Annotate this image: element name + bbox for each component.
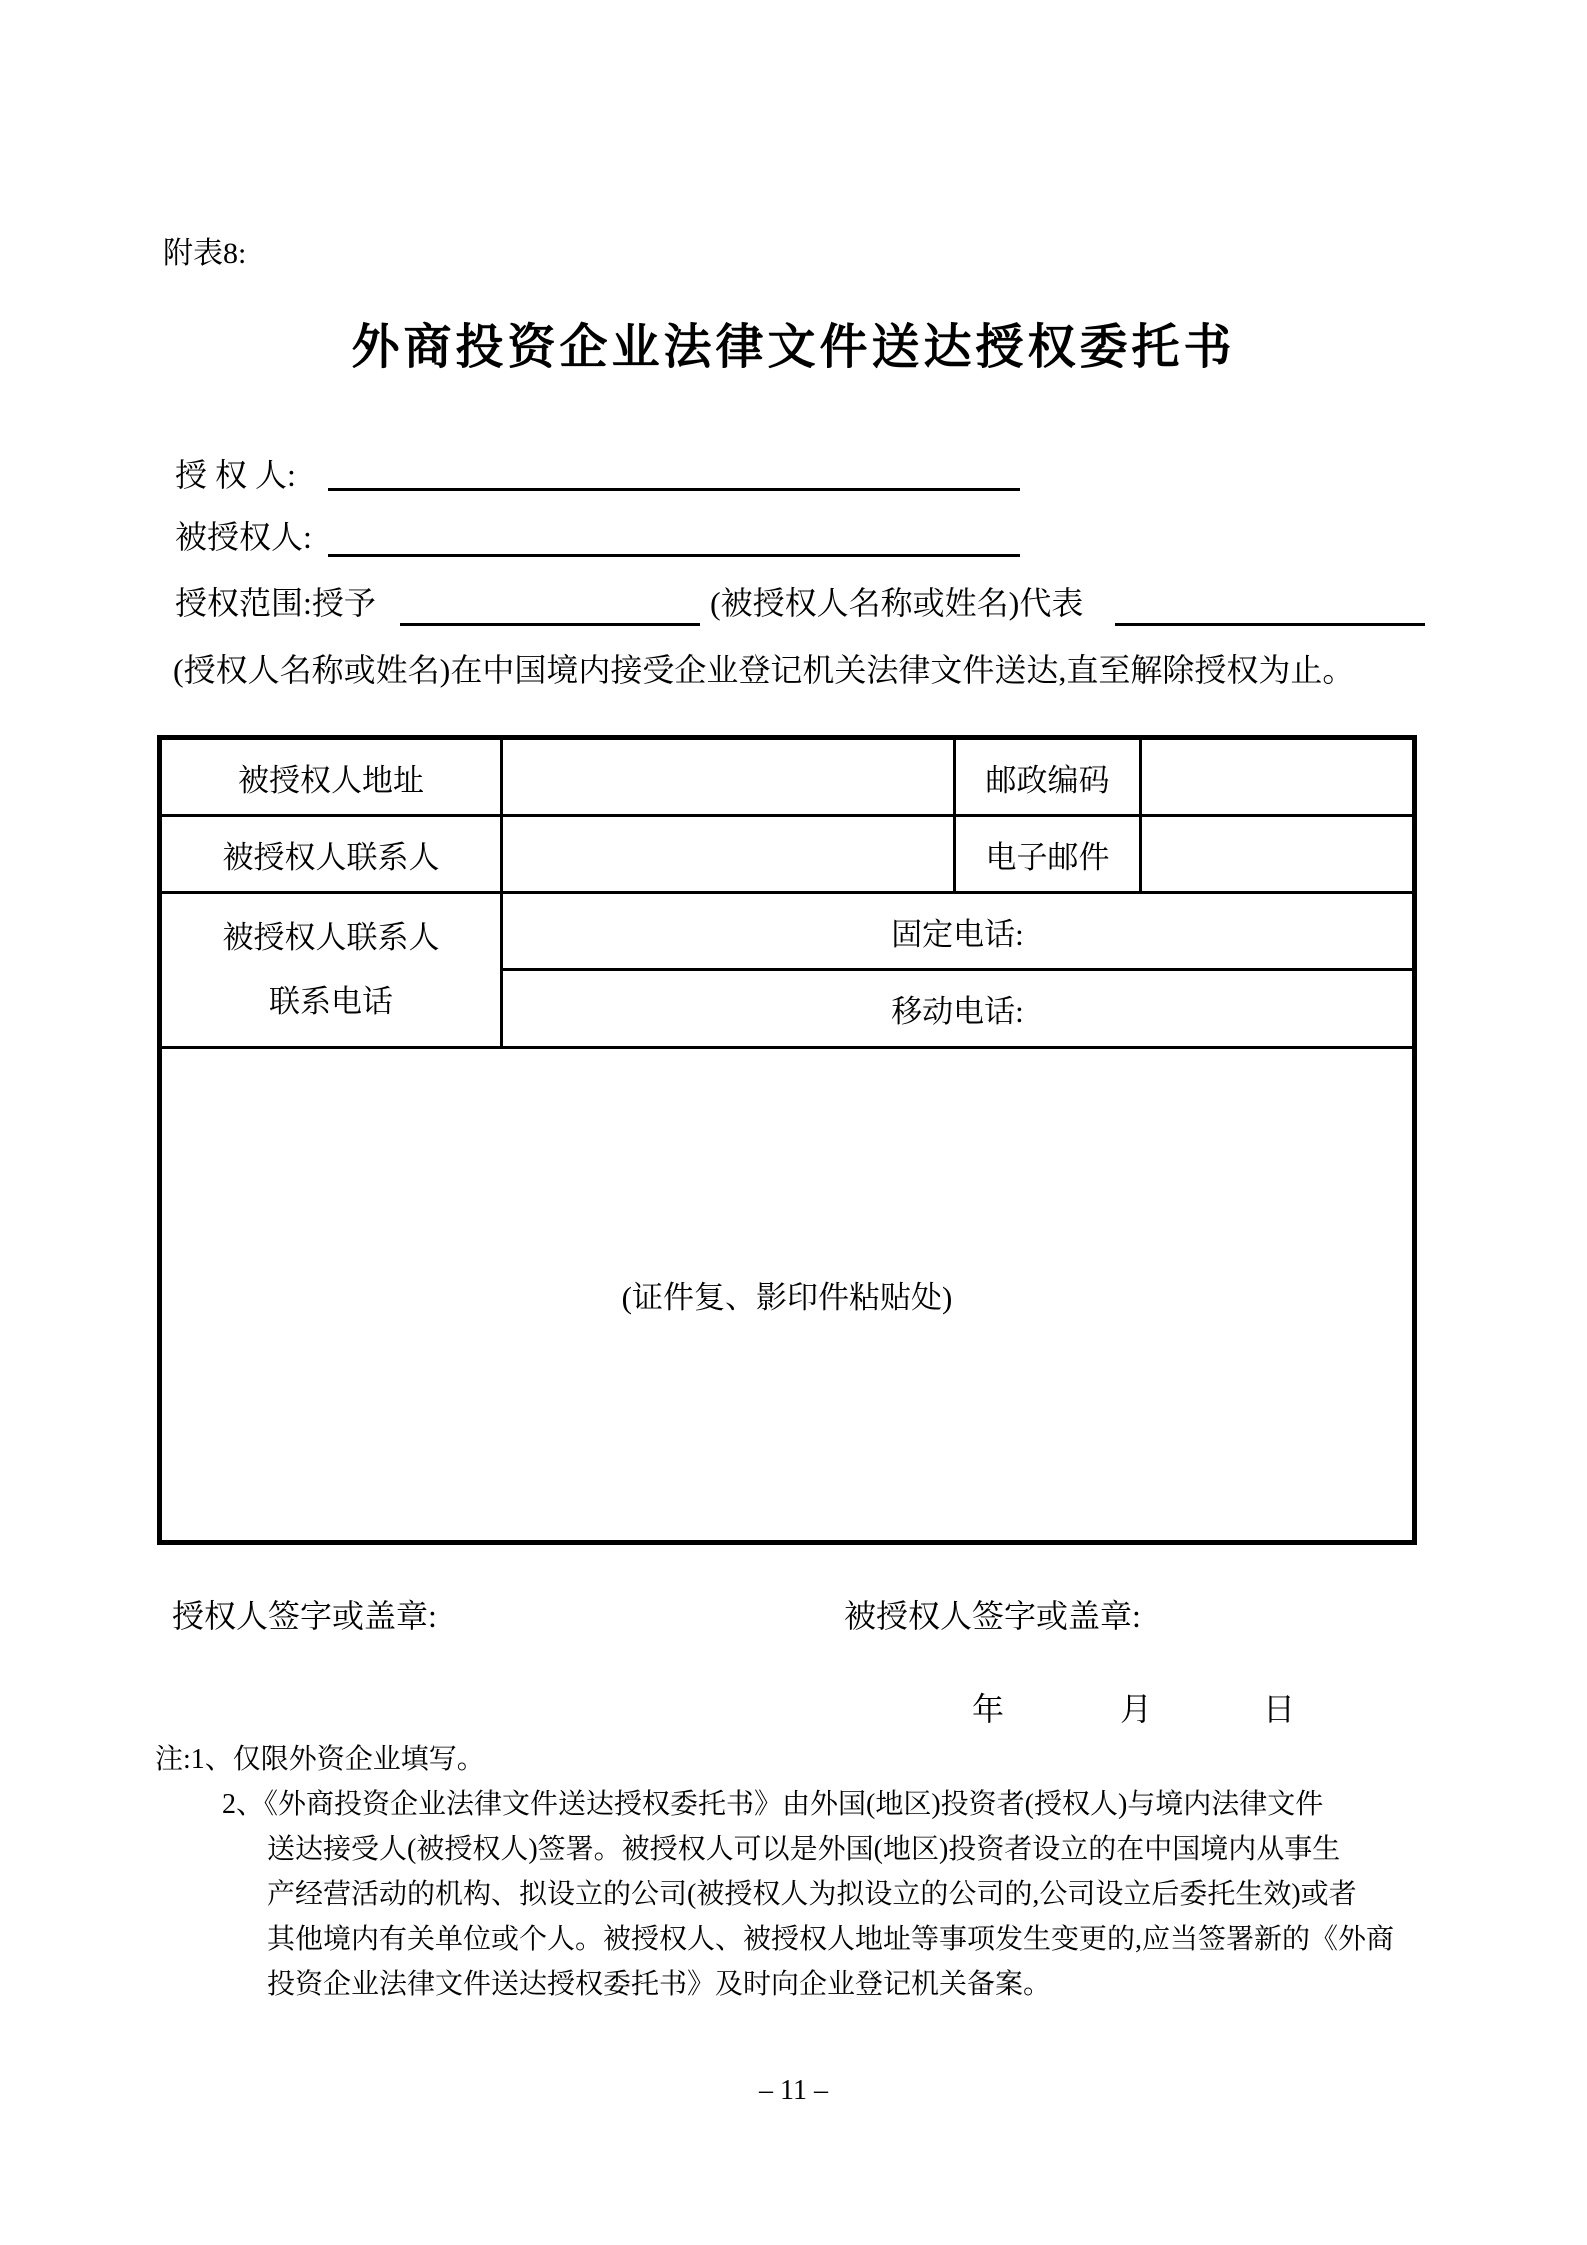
date-line: 年月日 bbox=[972, 1692, 1295, 1726]
year-label: 年 bbox=[972, 1691, 1004, 1727]
phone-label-cell: 被授权人联系人 联系电话 bbox=[160, 893, 502, 1048]
table-row: 被授权人联系人 联系电话 固定电话: bbox=[160, 893, 1415, 970]
authorized-signature-label: 被授权人签字或盖章: bbox=[844, 1599, 1141, 1633]
postcode-input-cell[interactable] bbox=[1141, 738, 1415, 816]
scope-authorized-name-fill-line[interactable] bbox=[400, 623, 700, 626]
contact-label-cell: 被授权人联系人 bbox=[160, 816, 502, 893]
note-line: 投资企业法律文件送达授权委托书》及时向企业登记机关备案。 bbox=[267, 1968, 1051, 2002]
day-label: 日 bbox=[1263, 1691, 1295, 1727]
authorizer-signature-label: 授权人签字或盖章: bbox=[172, 1599, 437, 1633]
fixed-phone-cell[interactable]: 固定电话: bbox=[502, 893, 1415, 970]
scope-authorizer-name-fill-line[interactable] bbox=[1115, 623, 1425, 626]
address-label-cell: 被授权人地址 bbox=[160, 738, 502, 816]
contact-input-cell[interactable] bbox=[502, 816, 955, 893]
note-line: 注:1、仅限外资企业填写。 bbox=[155, 1743, 485, 1777]
scope-second-line: (授权人名称或姓名)在中国境内接受企业登记机关法律文件送达,直至解除授权为止。 bbox=[173, 653, 1354, 687]
contact-info-table: 被授权人地址 邮政编码 被授权人联系人 电子邮件 被授权人联系人 联系电话 固定… bbox=[157, 735, 1417, 1545]
phone-label-line2: 联系电话 bbox=[162, 970, 500, 1034]
authorized-person-label: 被授权人: bbox=[175, 520, 312, 554]
note-line: 送达接受人(被授权人)签署。被授权人可以是外国(地区)投资者设立的在中国境内从事… bbox=[267, 1833, 1340, 1867]
document-page: 附表8: 外商投资企业法律文件送达授权委托书 授 权 人: 被授权人: 授权范围… bbox=[0, 0, 1587, 2245]
note-line: 2、《外商投资企业法律文件送达授权委托书》由外国(地区)投资者(授权人)与境内法… bbox=[222, 1788, 1323, 1822]
authorizer-label: 授 权 人: bbox=[175, 458, 296, 492]
document-title: 外商投资企业法律文件送达授权委托书 bbox=[0, 321, 1587, 375]
table-row: (证件复、影印件粘贴处) bbox=[160, 1048, 1415, 1543]
month-label: 月 bbox=[1120, 1691, 1152, 1727]
email-label-cell: 电子邮件 bbox=[955, 816, 1141, 893]
document-paste-area-cell[interactable]: (证件复、影印件粘贴处) bbox=[160, 1048, 1415, 1543]
email-input-cell[interactable] bbox=[1141, 816, 1415, 893]
note-line: 产经营活动的机构、拟设立的公司(被授权人为拟设立的公司的,公司设立后委托生效)或… bbox=[267, 1878, 1357, 1912]
scope-middle-label: (被授权人名称或姓名)代表 bbox=[710, 586, 1083, 620]
authorized-person-fill-line[interactable] bbox=[328, 554, 1020, 557]
mobile-phone-cell[interactable]: 移动电话: bbox=[502, 970, 1415, 1048]
attachment-number-label: 附表8: bbox=[163, 238, 246, 270]
table-row: 被授权人地址 邮政编码 bbox=[160, 738, 1415, 816]
address-input-cell[interactable] bbox=[502, 738, 955, 816]
postcode-label-cell: 邮政编码 bbox=[955, 738, 1141, 816]
phone-label-line1: 被授权人联系人 bbox=[162, 906, 500, 970]
table-row: 被授权人联系人 电子邮件 bbox=[160, 816, 1415, 893]
note-line: 其他境内有关单位或个人。被授权人、被授权人地址等事项发生变更的,应当签署新的《外… bbox=[267, 1923, 1394, 1957]
page-number: – 11 – bbox=[0, 2076, 1587, 2106]
authorizer-fill-line[interactable] bbox=[328, 488, 1020, 491]
scope-prefix-label: 授权范围:授予 bbox=[175, 586, 376, 620]
